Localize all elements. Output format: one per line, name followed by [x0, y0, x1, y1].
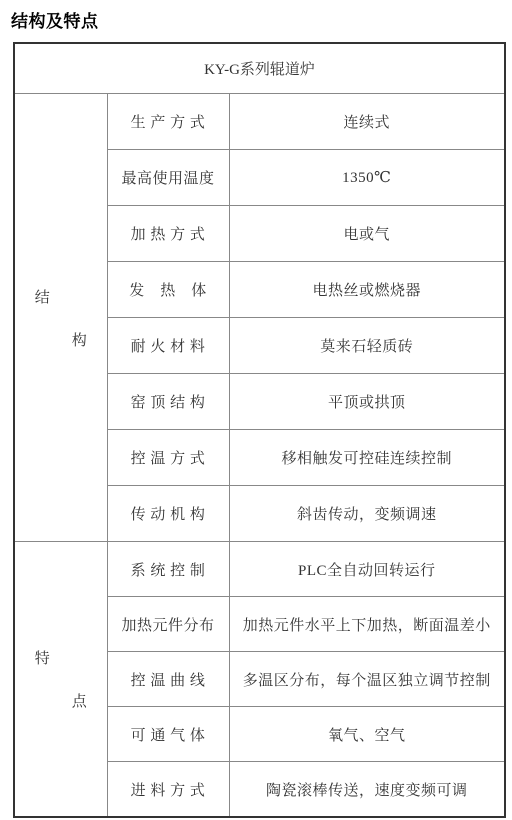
row-label-cell: 窑 顶 结 构	[107, 374, 229, 430]
table-header-cell: KY-G系列辊道炉	[14, 43, 505, 94]
row-value-cell: 莫来石轻质砖	[229, 318, 505, 374]
table-header-row: KY-G系列辊道炉	[14, 43, 505, 94]
group-char: 特	[35, 647, 87, 668]
row-value-cell: 氧气、空气	[229, 707, 505, 762]
row-value-cell: PLC全自动回转运行	[229, 542, 505, 597]
row-value-cell: 加热元件水平上下加热，断面温差小	[229, 597, 505, 652]
row-value-cell: 电或气	[229, 206, 505, 262]
row-label-cell: 控 温 方 式	[107, 430, 229, 486]
row-label-cell: 控 温 曲 线	[107, 652, 229, 707]
group-label-features: 特 点	[35, 647, 87, 711]
group-char: 构	[35, 329, 87, 350]
row-label-cell: 加 热 方 式	[107, 206, 229, 262]
row-value-cell: 陶瓷滚棒传送，速度变频可调	[229, 762, 505, 818]
row-value-cell: 1350℃	[229, 150, 505, 206]
row-value-cell: 连续式	[229, 94, 505, 150]
group-char: 结	[35, 286, 87, 307]
row-value-cell: 多温区分布，每个温区独立调节控制	[229, 652, 505, 707]
row-label-cell: 传 动 机 构	[107, 486, 229, 542]
row-label-cell: 生 产 方 式	[107, 94, 229, 150]
spec-table: KY-G系列辊道炉 结 构 生 产 方 式 连续式 最高使用温度 1350℃ 加…	[13, 42, 506, 818]
row-value-cell: 电热丝或燃烧器	[229, 262, 505, 318]
group-label-structure: 结 构	[35, 286, 87, 350]
row-value-cell: 平顶或拱顶	[229, 374, 505, 430]
row-label-cell: 加热元件分布	[107, 597, 229, 652]
table-row: 结 构 生 产 方 式 连续式	[14, 94, 505, 150]
table-row: 特 点 系 统 控 制 PLC全自动回转运行	[14, 542, 505, 597]
row-label-cell: 最高使用温度	[107, 150, 229, 206]
row-label-cell: 可 通 气 体	[107, 707, 229, 762]
row-label-cell: 耐 火 材 料	[107, 318, 229, 374]
group-char: 点	[35, 690, 87, 711]
row-value-cell: 移相触发可控硅连续控制	[229, 430, 505, 486]
page-title: 结构及特点	[11, 7, 99, 32]
group-cell-features: 特 点	[14, 542, 107, 818]
row-label-cell: 系 统 控 制	[107, 542, 229, 597]
row-value-cell: 斜齿传动，变频调速	[229, 486, 505, 542]
group-cell-structure: 结 构	[14, 94, 107, 542]
row-label-cell: 发 热 体	[107, 262, 229, 318]
row-label-cell: 进 料 方 式	[107, 762, 229, 818]
